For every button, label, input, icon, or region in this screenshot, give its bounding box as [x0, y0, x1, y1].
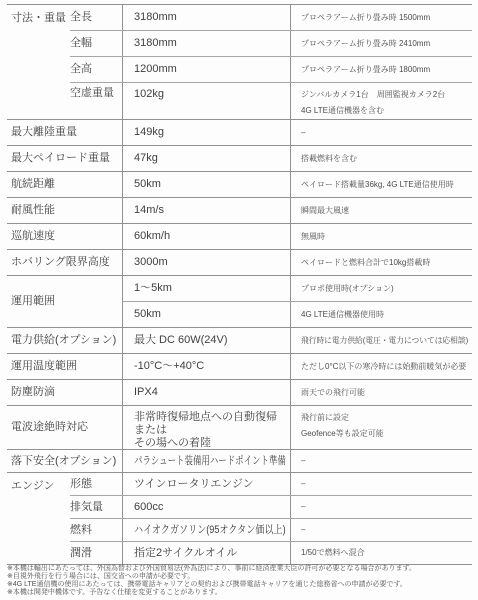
value-line: パラシュート装備用ハードポイント準備: [134, 455, 251, 468]
category-label: 耐風性能: [11, 204, 120, 217]
spec-rows: -10°C〜+40°Cただし0°C以下の寒冷時には始動前暖気が必要: [122, 354, 472, 379]
spec-row: 1〜5kmプロポ使用時(オプション): [122, 276, 472, 301]
value-line: 50km: [134, 308, 286, 321]
spec-value: 50km: [122, 302, 290, 327]
spec-row: 非常時復帰地点への自動復帰またはその場への着陸飛行前に設定Geofence等も設…: [122, 406, 472, 449]
spec-row: 燃料ハイオクガソリン(95オクタン価以上)–: [70, 518, 472, 541]
spec-row: 空虚重量102kgジンバルカメラ1台 周囲監視カメラ2台4G LTE通信機器を含…: [70, 82, 472, 119]
value-line: 非常時復帰地点への自動復帰: [134, 410, 286, 423]
value-line: 102kg: [134, 87, 286, 100]
spec-value: 3180mm: [122, 31, 290, 56]
category-cell: 運用温度範囲: [7, 354, 122, 379]
value-line: または: [134, 423, 286, 436]
spec-rows: 最大 DC 60W(24V)飛行時に電力供給(電圧・電力については応相談): [122, 328, 472, 353]
footnote-line: ※本機は輸出にあたっては、外国為替および外国貿易法(外為法)により、事前に経済産…: [7, 565, 472, 573]
spec-value: IPX4: [122, 380, 290, 405]
value-line: 3180mm: [134, 37, 286, 50]
spec-sublabel: 燃料: [70, 519, 122, 541]
category-label: 運用温度範囲: [11, 360, 120, 373]
value-line: 1〜5km: [134, 282, 286, 295]
spec-group: ホバリング限界高度3000mペイロードと燃料合計で10kg搭載時: [7, 249, 472, 275]
spec-rows: IPX4雨天での飛行可能: [122, 380, 472, 405]
spec-note: プロポ使用時(オプション): [290, 276, 472, 301]
value-line: -10°C〜+40°C: [134, 360, 286, 373]
category-cell: 電波途絶時対応: [7, 406, 122, 449]
value-line: 600cc: [134, 501, 286, 514]
spec-note: ジンバルカメラ1台 周囲監視カメラ2台4G LTE通信機器を含む: [290, 83, 472, 119]
spec-sublabel: 全幅: [70, 31, 122, 56]
footnotes: ※本機は輸出にあたっては、外国為替および外国貿易法(外為法)により、事前に経済産…: [7, 565, 472, 597]
category-label: 電波途絶時対応: [11, 421, 120, 434]
value-line: 60km/h: [134, 230, 286, 243]
spec-note: –: [290, 473, 472, 495]
spec-sheet: 寸法・重量全長3180mmプロペラアーム折り畳み時 1500mm全幅3180mm…: [0, 0, 478, 600]
spec-rows: 形態ツインロータリエンジン–排気量600cc–燃料ハイオクガソリン(95オクタン…: [70, 473, 472, 564]
spec-value: 149kg: [122, 120, 290, 145]
spec-sublabel: 全高: [70, 57, 122, 82]
category-cell: 防塵防滴: [7, 380, 122, 405]
category-label: ホバリング限界高度: [11, 256, 120, 269]
spec-value: 最大 DC 60W(24V): [122, 328, 290, 353]
category-label: 運用範囲: [11, 295, 120, 308]
spec-row: 潤滑指定2サイクルオイル1/50で燃料へ混合: [70, 541, 472, 564]
category-cell: ホバリング限界高度: [7, 250, 122, 275]
category-label: 電力供給(オプション): [11, 334, 120, 347]
category-cell: 航続距離: [7, 172, 122, 197]
spec-rows: 47kg搭載燃料を含む: [122, 146, 472, 171]
spec-table: 寸法・重量全長3180mmプロペラアーム折り畳み時 1500mm全幅3180mm…: [7, 4, 472, 565]
note-line: 瞬間最大風速: [301, 203, 468, 219]
spec-row: 50kmペイロード搭載量36kg, 4G LTE通信使用時: [122, 172, 472, 197]
value-line: IPX4: [134, 386, 286, 399]
spec-note: ただし0°C以下の寒冷時には始動前暖気が必要: [290, 354, 472, 379]
spec-row: -10°C〜+40°Cただし0°C以下の寒冷時には始動前暖気が必要: [122, 354, 472, 379]
spec-note: 無風時: [290, 224, 472, 249]
spec-value: 1〜5km: [122, 276, 290, 301]
footnote-line: ※本機は開発中機体です。予告なく仕様を変更することがあります。: [7, 589, 472, 597]
spec-row: 排気量600cc–: [70, 495, 472, 518]
spec-note: プロペラアーム折り畳み時 1500mm: [290, 5, 472, 30]
note-line: 4G LTE通信機器を含む: [301, 103, 468, 119]
note-line: –: [301, 476, 468, 492]
spec-row: 全幅3180mmプロペラアーム折り畳み時 2410mm: [70, 30, 472, 56]
category-label: 航続距離: [11, 178, 120, 191]
spec-group: 最大ペイロード重量47kg搭載燃料を含む: [7, 145, 472, 171]
spec-row: 14m/s瞬間最大風速: [122, 198, 472, 223]
spec-rows: 50kmペイロード搭載量36kg, 4G LTE通信使用時: [122, 172, 472, 197]
spec-group: エンジン形態ツインロータリエンジン–排気量600cc–燃料ハイオクガソリン(95…: [7, 472, 472, 564]
note-line: 4G LTE通信機器使用時: [301, 307, 468, 323]
sublabel-text: 排気量: [70, 501, 122, 514]
category-cell: 運用範囲: [7, 276, 122, 327]
note-line: 飛行時に電力供給(電圧・電力については応相談): [301, 333, 462, 349]
spec-note: 飛行前に設定Geofence等も設定可能: [290, 406, 472, 449]
category-cell: 寸法・重量: [7, 5, 70, 119]
spec-value: ハイオクガソリン(95オクタン価以上): [122, 519, 290, 541]
spec-sublabel: 排気量: [70, 496, 122, 518]
value-line: 50km: [134, 178, 286, 191]
spec-row: 3000mペイロードと燃料合計で10kg搭載時: [122, 250, 472, 275]
category-label: エンジン: [11, 480, 68, 493]
spec-group: 電波途絶時対応非常時復帰地点への自動復帰またはその場への着陸飛行前に設定Geof…: [7, 405, 472, 449]
value-line: 3000m: [134, 256, 286, 269]
spec-rows: 60km/h無風時: [122, 224, 472, 249]
category-label: 防塵防滴: [11, 386, 120, 399]
spec-value: 1200mm: [122, 57, 290, 82]
spec-note: 瞬間最大風速: [290, 198, 472, 223]
spec-value: -10°C〜+40°C: [122, 354, 290, 379]
spec-note: 搭載燃料を含む: [290, 146, 472, 171]
value-line: 最大 DC 60W(24V): [134, 334, 286, 347]
spec-note: –: [290, 450, 472, 472]
note-line: –: [301, 125, 468, 141]
note-line: プロペラアーム折り畳み時 2410mm: [301, 36, 468, 52]
value-line: 149kg: [134, 126, 286, 139]
note-line: –: [301, 499, 468, 515]
note-line: –: [301, 453, 468, 469]
spec-note: ペイロード搭載量36kg, 4G LTE通信使用時: [290, 172, 472, 197]
spec-value: 非常時復帰地点への自動復帰またはその場への着陸: [122, 406, 290, 449]
spec-value: 3180mm: [122, 5, 290, 30]
spec-rows: パラシュート装備用ハードポイント準備–: [122, 450, 472, 472]
value-line: 3180mm: [134, 11, 286, 24]
category-cell: 巡航速度: [7, 224, 122, 249]
category-label: 最大離陸重量: [11, 126, 120, 139]
spec-group: 運用温度範囲-10°C〜+40°Cただし0°C以下の寒冷時には始動前暖気が必要: [7, 353, 472, 379]
spec-row: 全長3180mmプロペラアーム折り畳み時 1500mm: [70, 5, 472, 30]
note-line: 雨天での飛行可能: [301, 385, 468, 401]
category-cell: 電力供給(オプション): [7, 328, 122, 353]
footnote-line: ※4G LTE通信機の使用にあたっては、携帯電話キャリアとの契約および携帯電話キ…: [7, 581, 472, 589]
value-line: 14m/s: [134, 204, 286, 217]
sublabel-text: 全高: [70, 63, 122, 76]
spec-note: –: [290, 519, 472, 541]
spec-value: 3000m: [122, 250, 290, 275]
spec-note: 4G LTE通信機器使用時: [290, 302, 472, 327]
spec-note: プロペラアーム折り畳み時 2410mm: [290, 31, 472, 56]
spec-sublabel: 形態: [70, 473, 122, 495]
spec-sublabel: 潤滑: [70, 542, 122, 564]
category-cell: 耐風性能: [7, 198, 122, 223]
value-line: ハイオクガソリン(95オクタン価以上): [134, 524, 260, 537]
spec-group: 航続距離50kmペイロード搭載量36kg, 4G LTE通信使用時: [7, 171, 472, 197]
value-line: 1200mm: [134, 63, 286, 76]
note-line: –: [301, 522, 468, 538]
spec-group: 運用範囲1〜5kmプロポ使用時(オプション)50km4G LTE通信機器使用時: [7, 275, 472, 327]
spec-value: ツインロータリエンジン: [122, 473, 290, 495]
category-label: 巡航速度: [11, 230, 120, 243]
spec-value: 600cc: [122, 496, 290, 518]
footnote-line: ※目視外飛行を行う場合には、国交省への申請が必要です。: [7, 573, 472, 581]
spec-value: 102kg: [122, 83, 290, 119]
spec-row: 全高1200mmプロペラアーム折り畳み時 1800mm: [70, 56, 472, 82]
spec-sublabel: 空虚重量: [70, 83, 122, 119]
sublabel-text: 燃料: [70, 524, 122, 537]
category-label: 寸法・重量: [11, 12, 68, 25]
sublabel-text: 全長: [70, 11, 122, 24]
note-line: 1/50で燃料へ混合: [301, 545, 468, 561]
spec-row: 50km4G LTE通信機器使用時: [122, 301, 472, 327]
note-line: 搭載燃料を含む: [301, 151, 468, 167]
category-cell: エンジン: [7, 473, 70, 564]
note-line: ただし0°C以下の寒冷時には始動前暖気が必要: [301, 359, 468, 375]
spec-value: 50km: [122, 172, 290, 197]
spec-group: 寸法・重量全長3180mmプロペラアーム折り畳み時 1500mm全幅3180mm…: [7, 5, 472, 119]
spec-note: 1/50で燃料へ混合: [290, 542, 472, 564]
spec-note: –: [290, 496, 472, 518]
spec-value: 60km/h: [122, 224, 290, 249]
spec-note: 飛行時に電力供給(電圧・電力については応相談): [290, 328, 472, 353]
spec-group: 落下安全(オプション)パラシュート装備用ハードポイント準備–: [7, 449, 472, 472]
spec-row: 形態ツインロータリエンジン–: [70, 473, 472, 495]
note-line: プロペラアーム折り畳み時 1800mm: [301, 62, 468, 78]
note-line: プロペラアーム折り畳み時 1500mm: [301, 10, 468, 26]
spec-group: 耐風性能14m/s瞬間最大風速: [7, 197, 472, 223]
category-cell: 落下安全(オプション): [7, 450, 122, 472]
spec-note: 雨天での飛行可能: [290, 380, 472, 405]
spec-value: パラシュート装備用ハードポイント準備: [122, 450, 290, 472]
note-line: プロポ使用時(オプション): [301, 281, 468, 297]
spec-group: 電力供給(オプション)最大 DC 60W(24V)飛行時に電力供給(電圧・電力に…: [7, 327, 472, 353]
category-label: 最大ペイロード重量: [11, 152, 120, 165]
spec-group: 最大離陸重量149kg–: [7, 119, 472, 145]
spec-row: 149kg–: [122, 120, 472, 145]
spec-rows: 3000mペイロードと燃料合計で10kg搭載時: [122, 250, 472, 275]
sublabel-text: 全幅: [70, 37, 122, 50]
category-label: 落下安全(オプション): [11, 455, 120, 468]
spec-row: 47kg搭載燃料を含む: [122, 146, 472, 171]
spec-value: 指定2サイクルオイル: [122, 542, 290, 564]
spec-note: プロペラアーム折り畳み時 1800mm: [290, 57, 472, 82]
spec-value: 14m/s: [122, 198, 290, 223]
spec-row: 60km/h無風時: [122, 224, 472, 249]
note-line: 飛行前に設定: [301, 410, 468, 426]
note-line: ペイロードと燃料合計で10kg搭載時: [301, 255, 468, 271]
category-cell: 最大ペイロード重量: [7, 146, 122, 171]
spec-row: IPX4雨天での飛行可能: [122, 380, 472, 405]
spec-sublabel: 全長: [70, 5, 122, 30]
note-line: ペイロード搭載量36kg, 4G LTE通信使用時: [301, 177, 468, 193]
value-line: 指定2サイクルオイル: [134, 547, 286, 560]
sublabel-text: 形態: [70, 478, 122, 491]
spec-group: 防塵防滴IPX4雨天での飛行可能: [7, 379, 472, 405]
value-line: 47kg: [134, 152, 286, 165]
value-line: その場への着陸: [134, 436, 286, 449]
category-cell: 最大離陸重量: [7, 120, 122, 145]
note-line: 無風時: [301, 229, 468, 245]
note-line: Geofence等も設定可能: [301, 426, 468, 442]
value-line: ツインロータリエンジン: [134, 478, 286, 491]
spec-rows: 非常時復帰地点への自動復帰またはその場への着陸飛行前に設定Geofence等も設…: [122, 406, 472, 449]
note-line: ジンバルカメラ1台 周囲監視カメラ2台: [301, 87, 468, 103]
spec-rows: 14m/s瞬間最大風速: [122, 198, 472, 223]
spec-row: 最大 DC 60W(24V)飛行時に電力供給(電圧・電力については応相談): [122, 328, 472, 353]
spec-rows: 149kg–: [122, 120, 472, 145]
spec-group: 巡航速度60km/h無風時: [7, 223, 472, 249]
spec-row: パラシュート装備用ハードポイント準備–: [122, 450, 472, 472]
spec-value: 47kg: [122, 146, 290, 171]
spec-note: –: [290, 120, 472, 145]
sublabel-text: 空虚重量: [70, 87, 122, 100]
spec-rows: 1〜5kmプロポ使用時(オプション)50km4G LTE通信機器使用時: [122, 276, 472, 327]
spec-rows: 全長3180mmプロペラアーム折り畳み時 1500mm全幅3180mmプロペラア…: [70, 5, 472, 119]
spec-note: ペイロードと燃料合計で10kg搭載時: [290, 250, 472, 275]
sublabel-text: 潤滑: [70, 547, 122, 560]
